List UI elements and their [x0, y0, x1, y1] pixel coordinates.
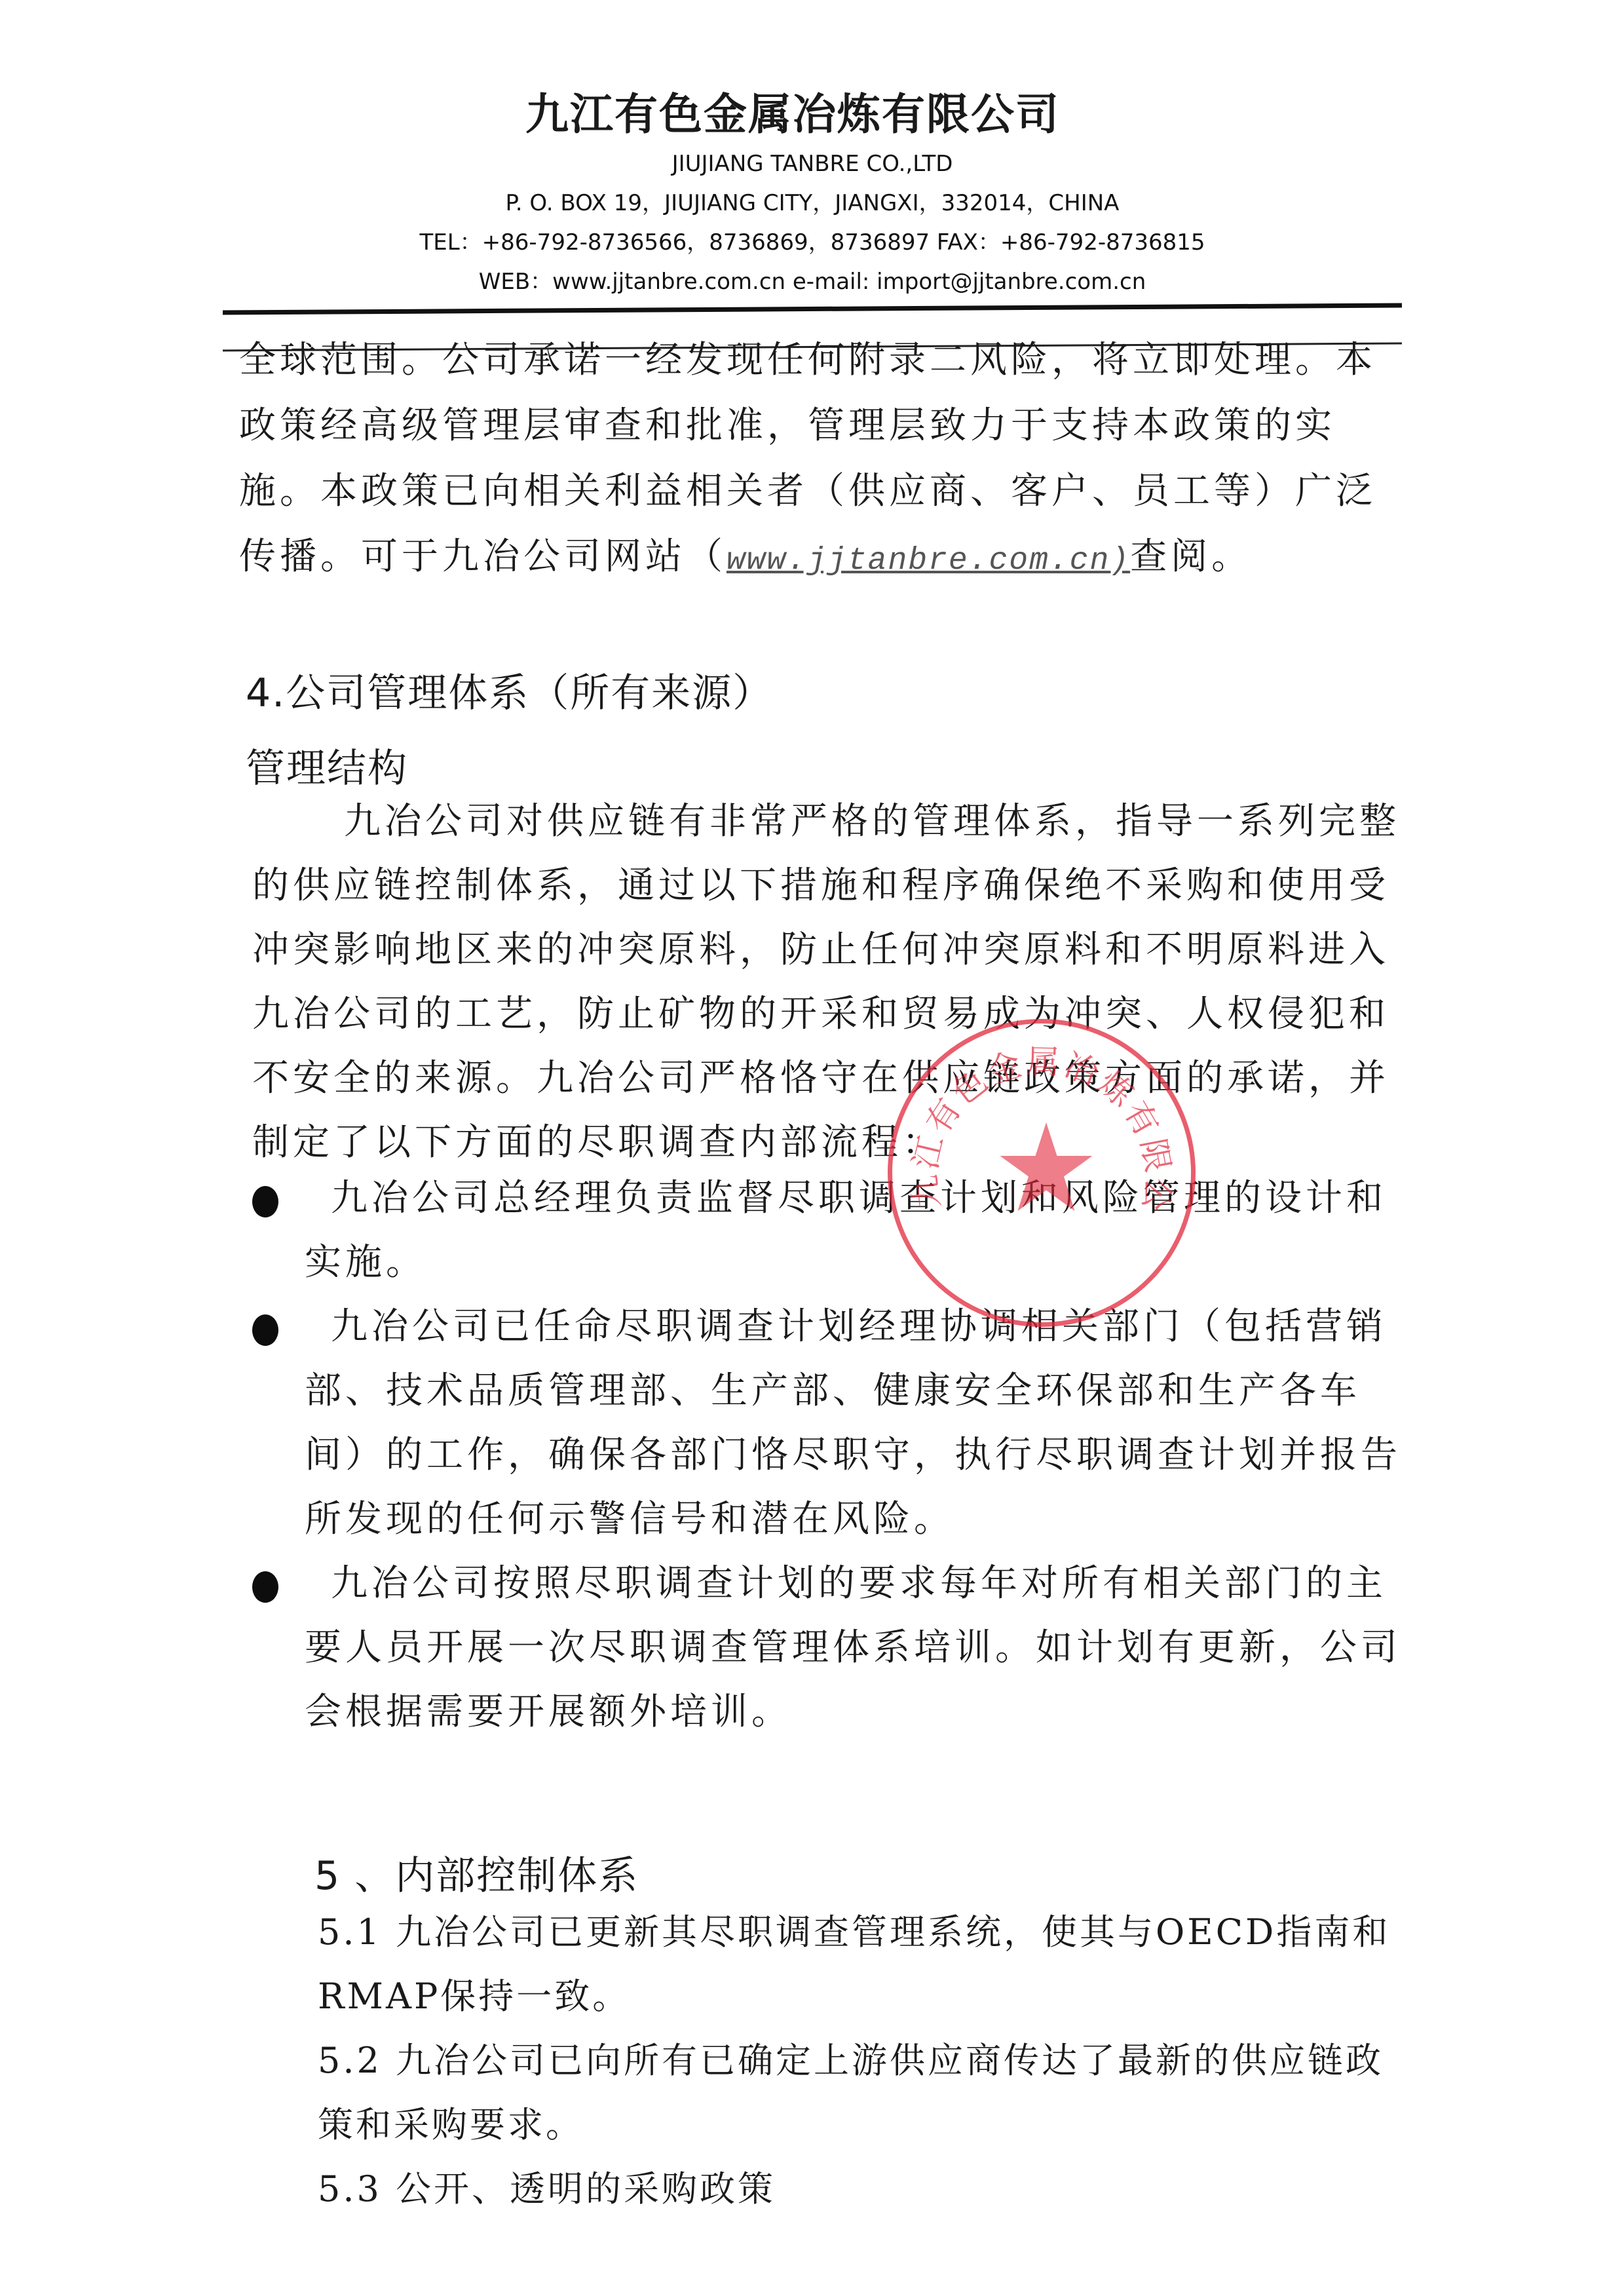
bullet-text: 九冶公司已任命尽职调查计划经理协调相关部门（包括营销部、技术品质管理部、生产部、… — [305, 1295, 1405, 1552]
section5-item: 5.1 九冶公司已更新其尽职调查管理系统，使其与OECD指南和RMAP保持一致。 — [318, 1900, 1418, 2029]
bullet-item: 九冶公司已任命尽职调查计划经理协调相关部门（包括营销部、技术品质管理部、生产部、… — [252, 1295, 1405, 1552]
letterhead-rule-thick — [223, 303, 1402, 315]
company-address: P. O. BOX 19，JIUJIANG CITY，JIANGXI，33201… — [223, 183, 1402, 223]
section4-heading: 4.公司管理体系（所有来源） — [246, 662, 773, 718]
section4-bullet-list: 九冶公司总经理负责监督尽职调查计划和风险管理的设计和实施。 九冶公司已任命尽职调… — [252, 1166, 1405, 1744]
company-web-email: WEB：www.jjtanbre.com.cn e-mail: import@j… — [223, 262, 1402, 301]
website-link[interactable]: www.jjtanbre.com.cn) — [727, 543, 1130, 579]
company-phone-fax: TEL：+86-792-8736566，8736869，8736897 FAX：… — [223, 223, 1402, 262]
section5-list: 5.1 九冶公司已更新其尽职调查管理系统，使其与OECD指南和RMAP保持一致。… — [318, 1900, 1418, 2221]
company-name-cn: 九江有色金属冶炼有限公司 — [183, 85, 1402, 144]
bullet-item: 九冶公司按照尽职调查计划的要求每年对所有相关部门的主要人员开展一次尽职调查管理体… — [252, 1552, 1405, 1744]
bullet-text: 九冶公司总经理负责监督尽职调查计划和风险管理的设计和实施。 — [305, 1166, 1405, 1295]
bullet-icon — [252, 1314, 278, 1346]
section3-continuation: 全球范围。公司承诺一经发现任何附录二风险，将立即处理。本政策经高级管理层审查和批… — [239, 328, 1405, 594]
bullet-text: 九冶公司按照尽职调查计划的要求每年对所有相关部门的主要人员开展一次尽职调查管理体… — [305, 1552, 1405, 1744]
section5-heading: 5 、内部控制体系 — [314, 1845, 639, 1901]
paragraph-text-end: 查阅。 — [1130, 535, 1252, 578]
company-name-en: JIUJIANG TANBRE CO.,LTD — [223, 144, 1402, 183]
section4-subheading: 管理结构 — [246, 737, 408, 794]
bullet-item: 九冶公司总经理负责监督尽职调查计划和风险管理的设计和实施。 — [252, 1166, 1405, 1295]
section5-item: 5.3 公开、透明的采购政策 — [318, 2157, 1418, 2221]
section5-item: 5.2 九冶公司已向所有已确定上游供应商传达了最新的供应链政策和采购要求。 — [318, 2029, 1418, 2157]
bullet-icon — [252, 1571, 278, 1603]
bullet-icon — [252, 1186, 278, 1217]
letterhead: 九江有色金属冶炼有限公司 JIUJIANG TANBRE CO.,LTD P. … — [223, 85, 1402, 301]
section4-intro: 九冶公司对供应链有非常严格的管理体系，指导一系列完整的供应链控制体系，通过以下措… — [252, 790, 1405, 1175]
document-page: 九江有色金属冶炼有限公司 JIUJIANG TANBRE CO.,LTD P. … — [0, 0, 1624, 2296]
